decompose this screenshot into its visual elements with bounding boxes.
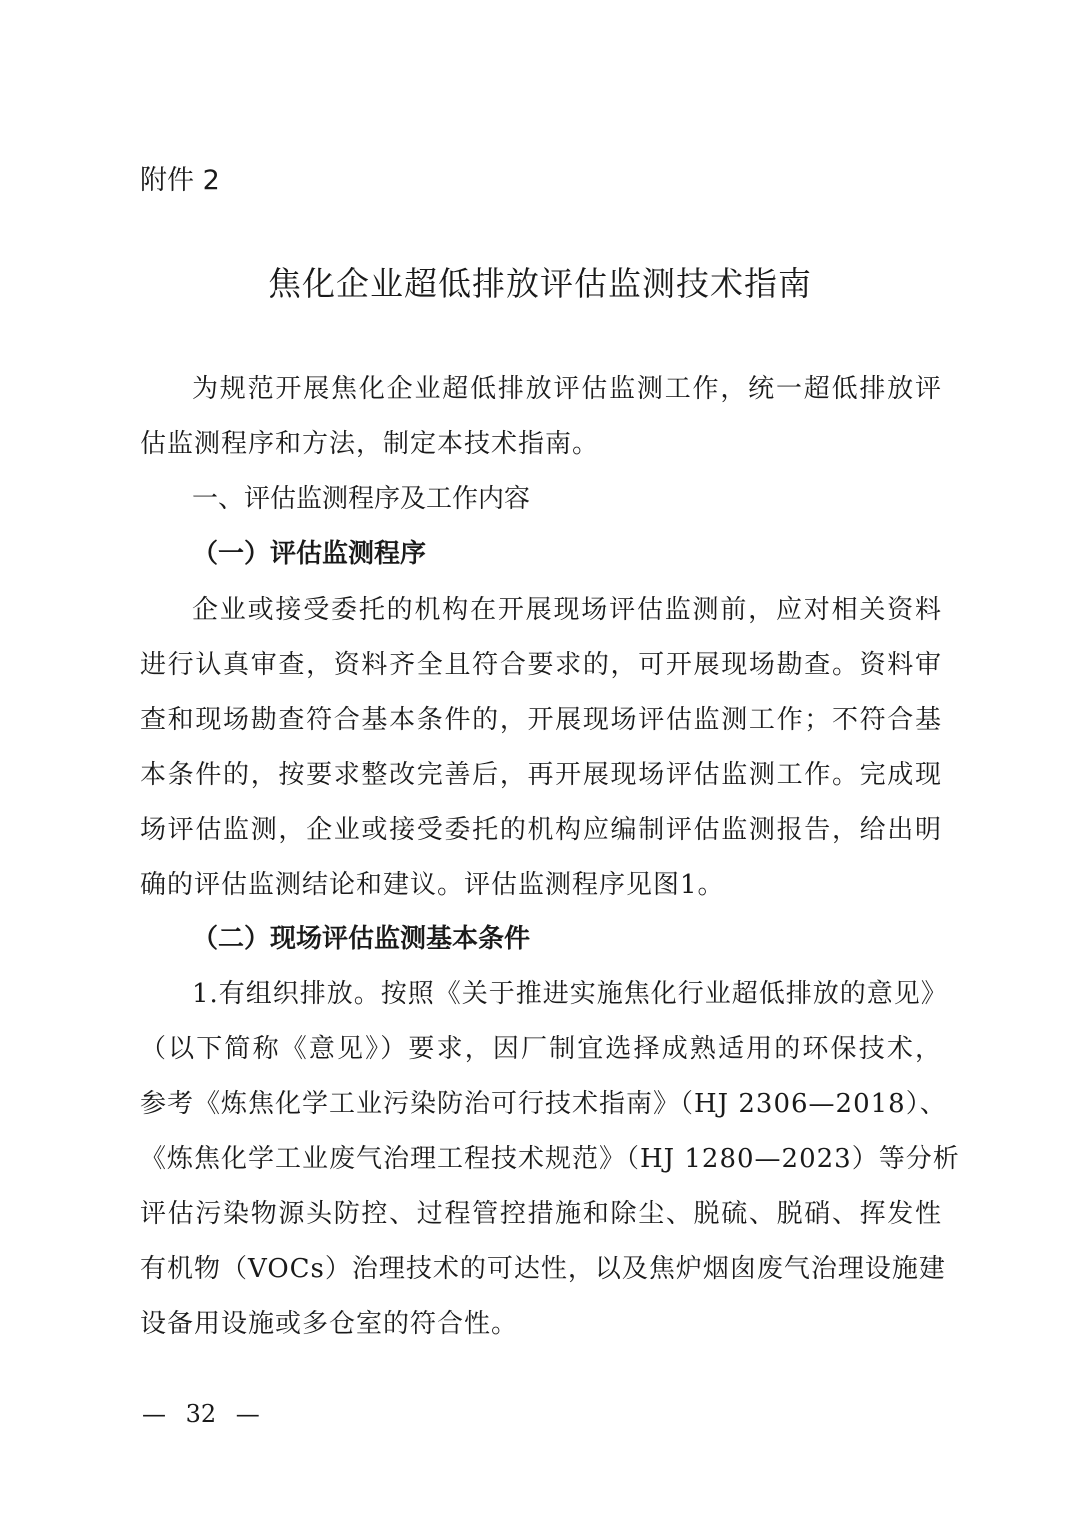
subsection-heading: （一）评估监测程序 [192, 533, 426, 570]
paragraph-line: 确的评估监测结论和建议。评估监测程序见图1。 [140, 864, 942, 901]
paragraph-line: 本条件的，按要求整改完善后，再开展现场评估监测工作。完成现 [140, 754, 942, 791]
document-title: 焦化企业超低排放评估监测技术指南 [0, 258, 1080, 305]
attachment-label: 附件 2 [140, 158, 220, 197]
intro-line: 估监测程序和方法，制定本技术指南。 [140, 423, 942, 460]
paragraph-line: 进行认真审查，资料齐全且符合要求的，可开展现场勘查。资料审 [140, 644, 942, 681]
paragraph-line: （以下简称《意见》）要求，因厂制宜选择成熟适用的环保技术， [140, 1028, 942, 1065]
paragraph-line: 1.有组织排放。按照《关于推进实施焦化行业超低排放的意见》 [192, 973, 942, 1010]
paragraph-line: 查和现场勘查符合基本条件的，开展现场评估监测工作；不符合基 [140, 699, 942, 736]
intro-line: 为规范开展焦化企业超低排放评估监测工作，统一超低排放评 [192, 368, 942, 405]
paragraph-line: 场评估监测，企业或接受委托的机构应编制评估监测报告，给出明 [140, 809, 942, 846]
section-heading: 一、评估监测程序及工作内容 [192, 478, 530, 515]
paragraph-line: 企业或接受委托的机构在开展现场评估监测前，应对相关资料 [192, 589, 942, 626]
page-number: — 32 — [142, 1400, 260, 1428]
paragraph-line: 设备用设施或多仓室的符合性。 [140, 1303, 942, 1340]
document-page: 附件 2 焦化企业超低排放评估监测技术指南 为规范开展焦化企业超低排放评估监测工… [0, 0, 1080, 1527]
subsection-heading: （二）现场评估监测基本条件 [192, 918, 530, 955]
paragraph-line: 评估污染物源头防控、过程管控措施和除尘、脱硫、脱硝、挥发性 [140, 1193, 942, 1230]
paragraph-line: 参考《炼焦化学工业污染防治可行技术指南》（HJ 2306—2018）、 [140, 1083, 942, 1120]
paragraph-line: 有机物（VOCs）治理技术的可达性，以及焦炉烟囱废气治理设施建 [140, 1248, 942, 1285]
paragraph-line: 《炼焦化学工业废气治理工程技术规范》（HJ 1280—2023）等分析 [140, 1138, 942, 1175]
